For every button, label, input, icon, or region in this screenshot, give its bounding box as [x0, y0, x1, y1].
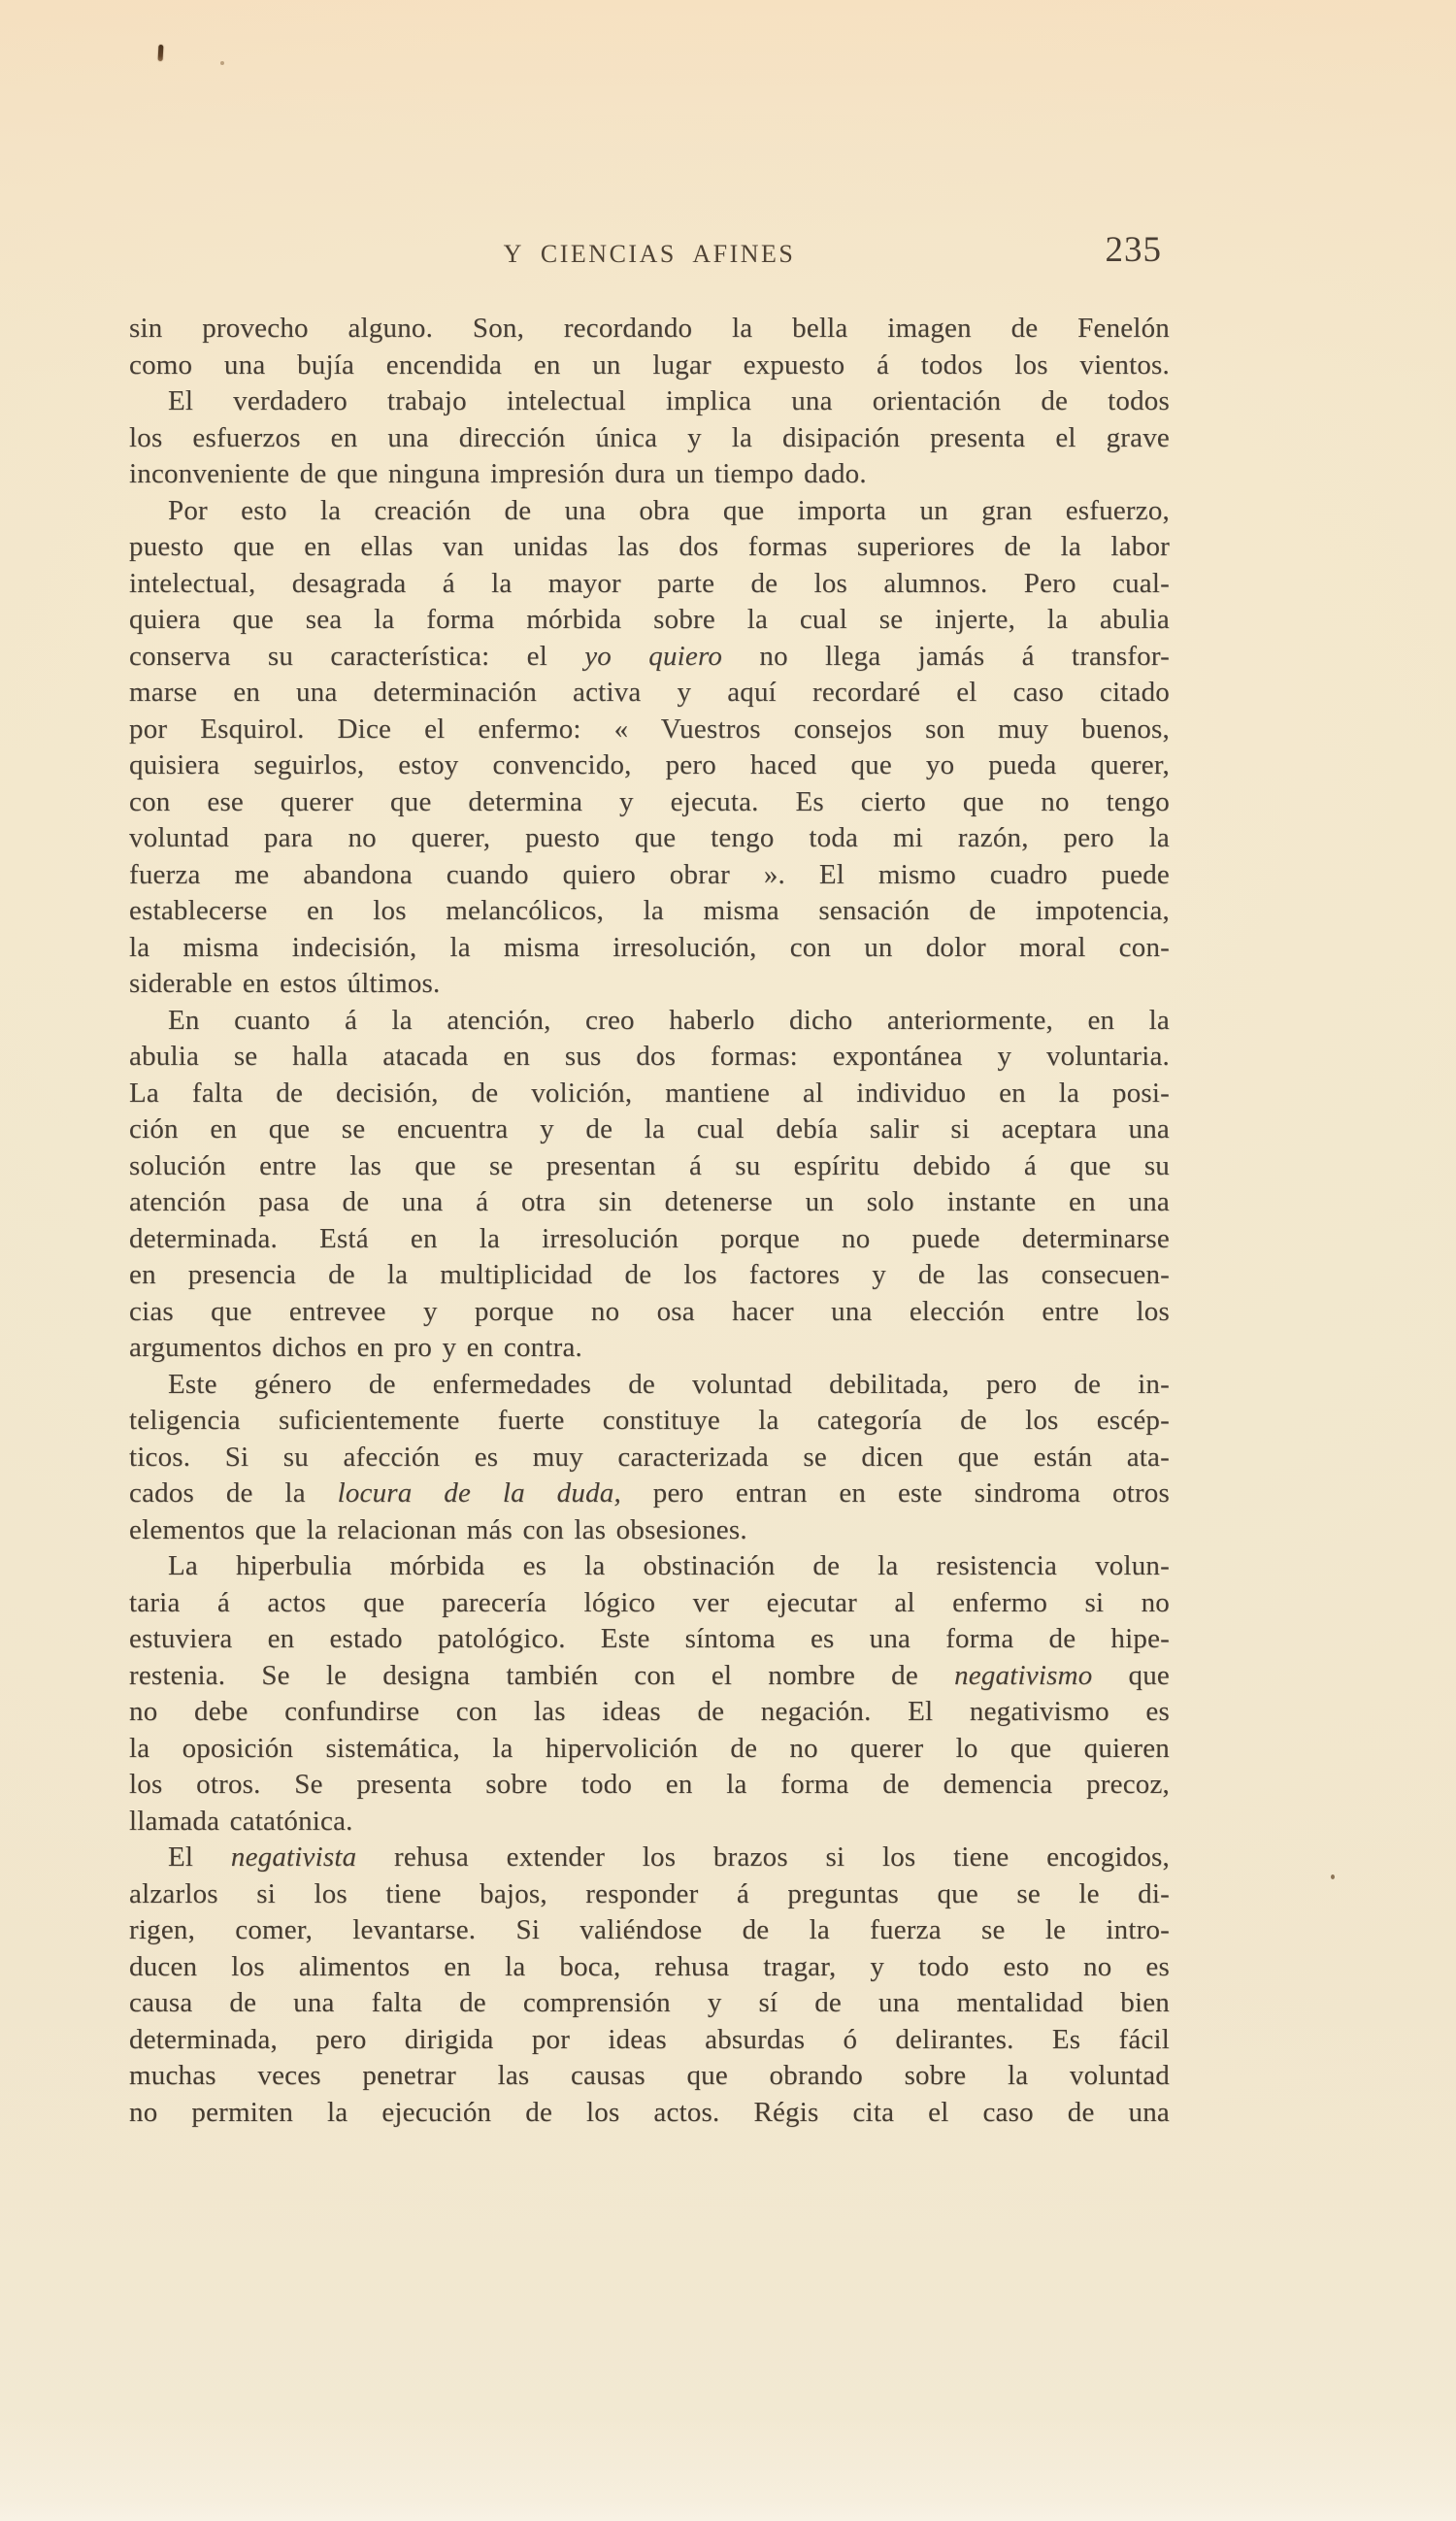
text-line: inconveniente de que ninguna impresión d… [129, 456, 1170, 493]
text-run: ción en que se encuentra y de la cual de… [129, 1113, 1170, 1144]
text-run: La falta de decisión, de volición, manti… [129, 1078, 1170, 1109]
text-line: ción en que se encuentra y de la cual de… [129, 1111, 1170, 1148]
text-run: solución entre las que se presentan á su… [129, 1150, 1170, 1181]
text-line: ducen los alimentos en la boca, rehusa t… [129, 1949, 1170, 1986]
text-line: sin provecho alguno. Son, recordando la … [129, 311, 1170, 348]
text-run: Por esto la creación de una obra que imp… [168, 495, 1170, 526]
text-line: alzarlos si los tiene bajos, responder á… [129, 1876, 1170, 1913]
text-line: los esfuerzos en una dirección única y l… [129, 420, 1170, 457]
text-line: voluntad para no querer, puesto que teng… [129, 820, 1170, 857]
text-run: El verdadero trabajo intelectual implica… [168, 385, 1170, 416]
text-line: cados de la locura de la duda, pero entr… [129, 1476, 1170, 1512]
text-line: la oposición sistemática, la hipervolici… [129, 1731, 1170, 1768]
text-run: Este género de enfermedades de voluntad … [168, 1369, 1170, 1400]
text-line: conserva su característica: el yo quiero… [129, 639, 1170, 676]
text-line: quiera que sea la forma mórbida sobre la… [129, 602, 1170, 639]
text-line: En cuanto á la atención, creo haberlo di… [129, 1003, 1170, 1040]
text-run: con ese querer que determina y ejecuta. … [129, 786, 1170, 817]
text-line: quisiera seguirlos, estoy convencido, pe… [129, 747, 1170, 784]
text-run: fuerza me abandona cuando quiero obrar »… [129, 859, 1170, 890]
text-line: taria á actos que parecería lógico ver e… [129, 1585, 1170, 1622]
text-line: Por esto la creación de una obra que imp… [129, 493, 1170, 530]
ink-speck [158, 45, 164, 61]
text-line: El negativista rehusa extender los brazo… [129, 1840, 1170, 1876]
text-line: establecerse en los melancólicos, la mis… [129, 893, 1170, 930]
text-run: quisiera seguirlos, estoy convencido, pe… [129, 749, 1170, 780]
text-line: causa de una falta de comprensión y sí d… [129, 1985, 1170, 2022]
text-run: argumentos dichos en pro y en contra. [129, 1332, 582, 1363]
text-run: ducen los alimentos en la boca, rehusa t… [129, 1951, 1170, 1982]
text-run: determinada, pero dirigida por ideas abs… [129, 2024, 1170, 2055]
text-run: conserva su característica: el [129, 641, 584, 672]
text-line: no debe confundirse con las ideas de neg… [129, 1694, 1170, 1731]
text-run: no permiten la ejecución de los actos. R… [129, 2097, 1170, 2128]
text-line: El verdadero trabajo intelectual implica… [129, 383, 1170, 420]
text-line: los otros. Se presenta sobre todo en la … [129, 1767, 1170, 1804]
text-run: cias que entrevee y porque no osa hacer … [129, 1296, 1170, 1327]
text-line: abulia se halla atacada en sus dos forma… [129, 1039, 1170, 1076]
text-run: La hiperbulia mórbida es la obstinación … [168, 1550, 1170, 1581]
italic-term: negativismo [954, 1660, 1092, 1691]
text-run: voluntad para no querer, puesto que teng… [129, 822, 1170, 853]
text-run: cados de la [129, 1477, 338, 1509]
text-run: los otros. Se presenta sobre todo en la … [129, 1769, 1170, 1800]
text-line: no permiten la ejecución de los actos. R… [129, 2095, 1170, 2132]
text-run: establecerse en los melancólicos, la mis… [129, 895, 1170, 926]
text-run: atención pasa de una á otra sin deteners… [129, 1186, 1170, 1217]
text-run: puesto que en ellas van unidas las dos f… [129, 531, 1170, 562]
text-run: rigen, comer, levantarse. Si valiéndose … [129, 1914, 1170, 1945]
text-line: llamada catatónica. [129, 1804, 1170, 1841]
text-line: determinada. Está en la irresolución por… [129, 1221, 1170, 1258]
scanned-book-page: Y CIENCIAS AFINES 235 sin provecho algun… [0, 0, 1456, 2521]
text-run: En cuanto á la atención, creo haberlo di… [168, 1005, 1170, 1036]
text-line: por Esquirol. Dice el enfermo: « Vuestro… [129, 712, 1170, 748]
text-run: ticos. Si su afección es muy caracteriza… [129, 1442, 1170, 1473]
text-run: marse en una determinación activa y aquí… [129, 677, 1170, 708]
text-run: en presencia de la multiplicidad de los … [129, 1259, 1170, 1290]
text-line: rigen, comer, levantarse. Si valiéndose … [129, 1912, 1170, 1949]
text-run: los esfuerzos en una dirección única y l… [129, 422, 1170, 453]
text-run: quiera que sea la forma mórbida sobre la… [129, 604, 1170, 635]
page-number: 235 [1106, 229, 1163, 271]
text-line: La falta de decisión, de volición, manti… [129, 1076, 1170, 1112]
text-run: siderable en estos últimos. [129, 968, 440, 999]
paper-fleck [220, 61, 224, 65]
text-run: como una bujía encendida en un lugar exp… [129, 349, 1170, 381]
text-run: elementos que la relacionan más con las … [129, 1514, 747, 1545]
italic-term: negativista [231, 1841, 356, 1873]
text-line: muchas veces penetrar las causas que obr… [129, 2058, 1170, 2095]
text-run: no debe confundirse con las ideas de neg… [129, 1696, 1170, 1727]
text-line: fuerza me abandona cuando quiero obrar »… [129, 857, 1170, 894]
text-run: inconveniente de que ninguna impresión d… [129, 458, 867, 489]
italic-term: yo quiero [584, 641, 722, 672]
text-line: la misma indecisión, la misma irresoluci… [129, 930, 1170, 967]
text-line: estuviera en estado patológico. Este sín… [129, 1621, 1170, 1658]
text-run: muchas veces penetrar las causas que obr… [129, 2060, 1170, 2091]
text-run: restenia. Se le designa también con el n… [129, 1660, 954, 1691]
paper-fleck-small [1331, 1874, 1335, 1879]
running-title: Y CIENCIAS AFINES [504, 240, 796, 269]
text-run: alzarlos si los tiene bajos, responder á… [129, 1878, 1170, 1909]
page-header: Y CIENCIAS AFINES 235 [129, 233, 1170, 276]
text-run: taria á actos que parecería lógico ver e… [129, 1587, 1170, 1618]
text-run: la misma indecisión, la misma irresoluci… [129, 932, 1170, 963]
text-line: en presencia de la multiplicidad de los … [129, 1257, 1170, 1294]
text-line: marse en una determinación activa y aquí… [129, 675, 1170, 712]
italic-term: locura de la duda, [338, 1477, 621, 1509]
text-run: abulia se halla atacada en sus dos forma… [129, 1041, 1170, 1072]
text-run: determinada. Está en la irresolución por… [129, 1223, 1170, 1254]
text-line: teligencia suficientemente fuerte consti… [129, 1403, 1170, 1440]
text-run: la oposición sistemática, la hipervolici… [129, 1733, 1170, 1764]
text-run: teligencia suficientemente fuerte consti… [129, 1405, 1170, 1436]
text-line: Este género de enfermedades de voluntad … [129, 1367, 1170, 1404]
text-line: intelectual, desagrada á la mayor parte … [129, 566, 1170, 603]
text-line: como una bujía encendida en un lugar exp… [129, 348, 1170, 384]
text-line: con ese querer que determina y ejecuta. … [129, 784, 1170, 821]
text-line: atención pasa de una á otra sin deteners… [129, 1184, 1170, 1221]
text-run: pero entran en este sindroma otros [621, 1477, 1170, 1509]
text-run: intelectual, desagrada á la mayor parte … [129, 568, 1170, 599]
text-run: no llega jamás á transfor- [722, 641, 1170, 672]
page-body-text: sin provecho alguno. Son, recordando la … [129, 311, 1170, 2131]
text-line: cias que entrevee y porque no osa hacer … [129, 1294, 1170, 1331]
text-run: rehusa extender los brazos si los tiene … [356, 1841, 1170, 1873]
text-line: elementos que la relacionan más con las … [129, 1512, 1170, 1549]
text-line: ticos. Si su afección es muy caracteriza… [129, 1440, 1170, 1476]
text-run: por Esquirol. Dice el enfermo: « Vuestro… [129, 713, 1170, 745]
text-run: estuviera en estado patológico. Este sín… [129, 1623, 1170, 1654]
text-run: El [168, 1841, 231, 1873]
text-line: restenia. Se le designa también con el n… [129, 1658, 1170, 1695]
text-run: sin provecho alguno. Son, recordando la … [129, 313, 1170, 344]
text-line: puesto que en ellas van unidas las dos f… [129, 529, 1170, 566]
text-run: causa de una falta de comprensión y sí d… [129, 1987, 1170, 2018]
text-run: llamada catatónica. [129, 1806, 353, 1837]
text-line: La hiperbulia mórbida es la obstinación … [129, 1548, 1170, 1585]
text-line: determinada, pero dirigida por ideas abs… [129, 2022, 1170, 2059]
text-run: que [1092, 1660, 1170, 1691]
text-line: argumentos dichos en pro y en contra. [129, 1330, 1170, 1367]
text-line: solución entre las que se presentan á su… [129, 1148, 1170, 1185]
text-line: siderable en estos últimos. [129, 966, 1170, 1003]
